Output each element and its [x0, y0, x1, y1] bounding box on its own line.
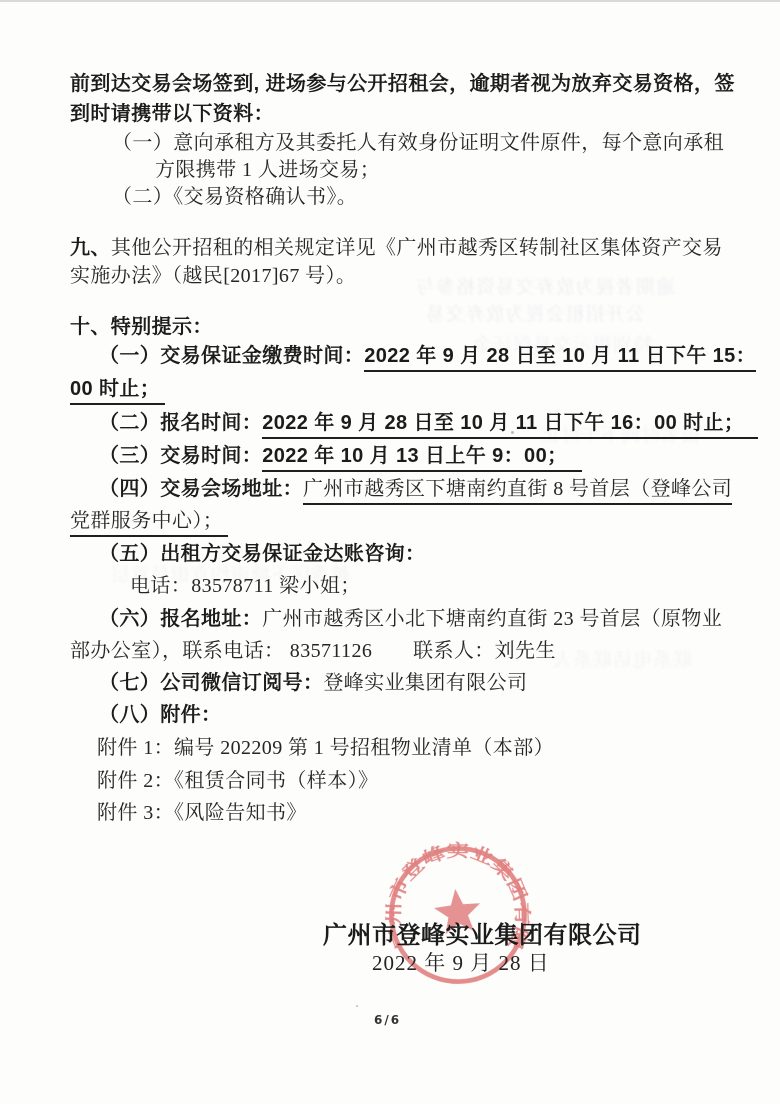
item-6-address: 广州市越秀区小北下塘南约直街 23 号首层（原物业: [262, 608, 722, 630]
signature-company: 广州市登峰实业集团有限公司: [323, 915, 642, 950]
signature-date: 2022 年 9 月 28 日: [372, 947, 550, 977]
document-page: 逾期者视为放弃交易资格参与 公开招租会视为放弃交易 特别提示交易保证金 报名时间…: [0, 0, 780, 1104]
item-4-address-cont: 党群服务中心）；: [70, 510, 228, 537]
item-1-label: （一）交易保证金缴费时间：: [99, 345, 364, 367]
item-4-address: 广州市越秀区下塘南约直街 8 号首层（登峰公司: [303, 478, 732, 505]
item-5-deposit-consult: （五）出租方交易保证金达账咨询：: [99, 542, 425, 566]
page-number: 6/6: [374, 1013, 401, 1027]
scan-speck-artifact: [356, 1005, 358, 1007]
section-9-line-1: 九、其他公开招租的相关规定详见《广州市越秀区转制社区集体资产交易: [70, 236, 723, 260]
intro-item-1-line-2: 方限携带 1 人进场交易；: [155, 158, 380, 182]
attachment-3: 附件 3：《风险告知书》: [97, 801, 307, 825]
item-1-deposit-time-cont: 00 时止；: [70, 377, 165, 401]
intro-item-1-line-1: （一）意向承租方及其委托人有效身份证明文件原件，每个意向承租: [112, 131, 724, 155]
item-6-label: （六）报名地址：: [99, 608, 262, 630]
item-1-deposit-period: 2022 年 9 月 28 日至 10 月 11 日下午 15：: [364, 345, 756, 372]
item-2-registration-time: （二）报名时间：2022 年 9 月 28 日至 10 月 11 日下午 16：…: [99, 411, 758, 435]
section-9-text: 其他公开招租的相关规定详见《广州市越秀区转制社区集体资产交易: [111, 237, 723, 259]
section-9-line-2: 实施办法》（越民[2017]67 号）。: [70, 264, 356, 288]
intro-line-1: 前到达交易会场签到, 进场参与公开招租会，逾期者视为放弃交易资格，签: [70, 72, 735, 96]
item-3-period: 2022 年 10 月 13 日上午 9：00；: [262, 445, 581, 472]
item-5-phone: 电话：83578711 梁小姐；: [130, 574, 361, 598]
item-4-venue-address: （四）交易会场地址：广州市越秀区下塘南约直街 8 号首层（登峰公司: [99, 477, 732, 501]
intro-item-2: （二）《交易资格确认书》。: [112, 185, 357, 209]
bleed-through-artifact: 联系电话联系人: [552, 645, 692, 672]
item-1-deposit-period-cont: 00 时止；: [70, 378, 165, 405]
bleed-through-artifact: 逾期者视为放弃交易资格参与: [415, 272, 675, 299]
scan-speck-artifact: [511, 431, 514, 434]
attachment-1: 附件 1：编号 202209 第 1 号招租物业清单（本部）: [97, 736, 554, 760]
item-6-signup-address-cont: 部办公室），联系电话： 83571126 联系人：刘先生: [70, 639, 556, 663]
bleed-through-artifact: 公开招租会视为放弃交易: [425, 299, 645, 326]
item-8-attachments: （八）附件：: [99, 703, 221, 727]
item-7-wechat: （七）公司微信订阅号：登峰实业集团有限公司: [99, 671, 527, 695]
intro-line-2: 到时请携带以下资料：: [70, 102, 274, 126]
item-7-account: 登峰实业集团有限公司: [323, 672, 527, 694]
scan-edge-artifact: [0, 0, 780, 2]
item-2-label: （二）报名时间：: [99, 412, 262, 434]
item-2-period: 2022 年 9 月 28 日至 10 月 11 日下午 16：00 时止；: [262, 412, 758, 439]
item-7-label: （七）公司微信订阅号：: [99, 672, 323, 694]
item-3-label: （三）交易时间：: [99, 445, 262, 467]
section-9-number: 九、: [70, 237, 111, 259]
item-3-trade-time: （三）交易时间：2022 年 10 月 13 日上午 9：00；: [99, 444, 582, 468]
item-4-venue-address-cont: 党群服务中心）；: [70, 509, 228, 533]
item-6-signup-address: （六）报名地址：广州市越秀区小北下塘南约直街 23 号首层（原物业: [99, 607, 722, 631]
item-1-deposit-time: （一）交易保证金缴费时间：2022 年 9 月 28 日至 10 月 11 日下…: [99, 344, 756, 368]
item-4-label: （四）交易会场地址：: [99, 478, 303, 500]
attachment-2: 附件 2：《租赁合同书（样本）》: [97, 769, 378, 793]
section-10-heading: 十、特别提示：: [70, 315, 213, 339]
